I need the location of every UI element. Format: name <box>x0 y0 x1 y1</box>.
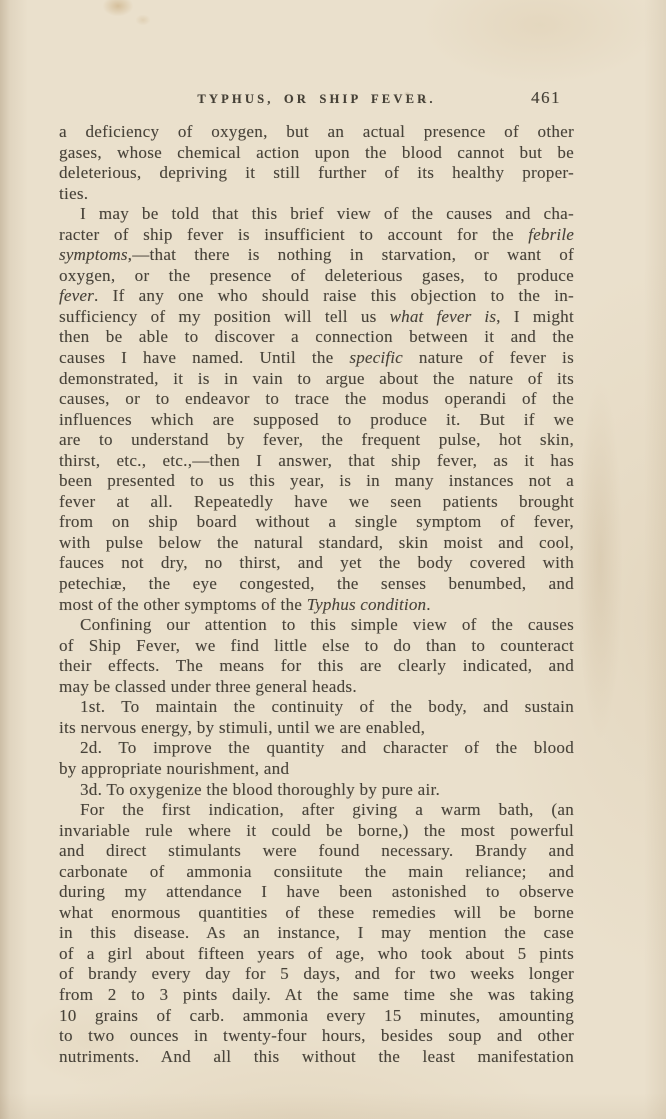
text-line: may be classed under three general heads… <box>59 677 574 698</box>
text-segment: . <box>426 595 431 614</box>
text-segment: thirst, etc., etc.,—then I answer, that … <box>59 451 574 470</box>
text-segment: may be classed under three general heads… <box>59 677 357 696</box>
text-segment: ,—that there is nothing in starvation, o… <box>128 245 574 264</box>
text-segment: from 2 to 3 pints daily. At the same tim… <box>59 985 574 1004</box>
text-line: racter of ship fever is insufficient to … <box>59 225 574 246</box>
text-segment: I may be told that this brief view of th… <box>80 204 574 223</box>
text-segment: in this disease. As an instance, I may m… <box>59 923 574 942</box>
text-line: Confining our attention to this simple v… <box>59 615 574 636</box>
text-line: carbonate of ammonia consiitute the main… <box>59 862 574 883</box>
text-segment: nutriments. And all this without the lea… <box>59 1047 574 1066</box>
running-title: TYPHUS, OR SHIP FEVER. <box>59 92 574 107</box>
text-line: most of the other symptoms of the Typhus… <box>59 595 574 616</box>
text-segment: For the first indication, after giving a… <box>80 800 574 819</box>
italic-text-segment: fever <box>59 286 94 305</box>
text-line: petechiæ, the eye congested, the senses … <box>59 574 574 595</box>
text-segment: , I might <box>496 307 574 326</box>
text-segment: causes I have named. Until the <box>59 348 349 367</box>
italic-text-segment: febrile <box>528 225 574 244</box>
text-segment: then be able to discover a connection be… <box>59 327 574 346</box>
text-line: in this disease. As an instance, I may m… <box>59 923 574 944</box>
text-line: by appropriate nourishment, and <box>59 759 574 780</box>
text-segment: what enormous quantities of these remedi… <box>59 903 574 922</box>
text-segment: ties. <box>59 184 88 203</box>
text-segment: a deficiency of oxygen, but an actual pr… <box>59 122 574 141</box>
text-line: their effects. The means for this are cl… <box>59 656 574 677</box>
page-body: a deficiency of oxygen, but an actual pr… <box>59 122 574 1067</box>
text-line: 3d. To oxygenize the blood thoroughly by… <box>59 780 574 801</box>
text-line: from 2 to 3 pints daily. At the same tim… <box>59 985 574 1006</box>
text-segment: fever at all. Repeatedly have we seen pa… <box>59 492 574 511</box>
text-line: are to understand by fever, the frequent… <box>59 430 574 451</box>
text-line: For the first indication, after giving a… <box>59 800 574 821</box>
text-segment: been presented to us this year, is in ma… <box>59 471 574 490</box>
text-line: ties. <box>59 184 574 205</box>
text-line: 2d. To improve the quantity and characte… <box>59 738 574 759</box>
page: TYPHUS, OR SHIP FEVER. 461 a deficiency … <box>0 0 666 1119</box>
text-segment: oxygen, or the presence of deleterious g… <box>59 266 574 285</box>
text-line: then be able to discover a connection be… <box>59 327 574 348</box>
text-segment: are to understand by fever, the frequent… <box>59 430 574 449</box>
text-line: invariable rule where it could be borne,… <box>59 821 574 842</box>
text-segment: its nervous energy, by stimuli, until we… <box>59 718 425 737</box>
text-segment: invariable rule where it could be borne,… <box>59 821 574 840</box>
text-segment: 1st. To maintain the continuity of the b… <box>80 697 574 716</box>
text-segment: sufficiency of my position will tell us <box>59 307 390 326</box>
text-line: 1st. To maintain the continuity of the b… <box>59 697 574 718</box>
text-segment: causes, or to endeavor to trace the modu… <box>59 389 574 408</box>
italic-text-segment: what fever is <box>390 307 497 326</box>
text-segment: with pulse below the natural standard, s… <box>59 533 574 552</box>
text-line: symptoms,—that there is nothing in starv… <box>59 245 574 266</box>
text-segment: racter of ship fever is insufficient to … <box>59 225 528 244</box>
text-line: during my attendance I have been astonis… <box>59 882 574 903</box>
text-line: from on ship board without a single symp… <box>59 512 574 533</box>
text-line: gases, whose chemical action upon the bl… <box>59 143 574 164</box>
text-line: its nervous energy, by stimuli, until we… <box>59 718 574 739</box>
page-header: TYPHUS, OR SHIP FEVER. 461 <box>59 90 574 112</box>
text-line: 10 grains of carb. ammonia every 15 minu… <box>59 1006 574 1027</box>
text-line: of Ship Fever, we find little else to do… <box>59 636 574 657</box>
text-segment: of Ship Fever, we find little else to do… <box>59 636 574 655</box>
text-line: fever. If any one who should raise this … <box>59 286 574 307</box>
text-segment: gases, whose chemical action upon the bl… <box>59 143 574 162</box>
text-segment: carbonate of ammonia consiitute the main… <box>59 862 574 881</box>
text-line: with pulse below the natural standard, s… <box>59 533 574 554</box>
text-segment: their effects. The means for this are cl… <box>59 656 574 675</box>
text-segment: 2d. To improve the quantity and characte… <box>80 738 574 757</box>
text-line: nutriments. And all this without the lea… <box>59 1047 574 1068</box>
text-line: a deficiency of oxygen, but an actual pr… <box>59 122 574 143</box>
text-line: oxygen, or the presence of deleterious g… <box>59 266 574 287</box>
text-segment: petechiæ, the eye congested, the senses … <box>59 574 574 593</box>
text-segment: nature of fever is <box>403 348 574 367</box>
text-segment: . If any one who should raise this objec… <box>94 286 574 305</box>
text-line: thirst, etc., etc.,—then I answer, that … <box>59 451 574 472</box>
text-segment: 3d. To oxygenize the blood thoroughly by… <box>80 780 440 799</box>
text-segment: most of the other symptoms of the <box>59 595 307 614</box>
text-line: sufficiency of my position will tell us … <box>59 307 574 328</box>
text-line: causes I have named. Until the specific … <box>59 348 574 369</box>
text-segment: deleterious, depriving it still further … <box>59 163 574 182</box>
text-line: fever at all. Repeatedly have we seen pa… <box>59 492 574 513</box>
text-line: causes, or to endeavor to trace the modu… <box>59 389 574 410</box>
text-segment: Confining our attention to this simple v… <box>80 615 574 634</box>
text-segment: by appropriate nourishment, and <box>59 759 289 778</box>
text-line: of brandy every day for 5 days, and for … <box>59 964 574 985</box>
text-line: demonstrated, it is in vain to argue abo… <box>59 369 574 390</box>
page-number: 461 <box>531 88 561 108</box>
italic-text-segment: symptoms <box>59 245 128 264</box>
text-segment: of brandy every day for 5 days, and for … <box>59 964 574 983</box>
text-segment: to two ounces in twenty-four hours, besi… <box>59 1026 574 1045</box>
text-line: what enormous quantities of these remedi… <box>59 903 574 924</box>
text-line: influences which are supposed to produce… <box>59 410 574 431</box>
italic-text-segment: specific <box>349 348 403 367</box>
text-line: I may be told that this brief view of th… <box>59 204 574 225</box>
text-line: been presented to us this year, is in ma… <box>59 471 574 492</box>
text-line: and direct stimulants were found necessa… <box>59 841 574 862</box>
text-segment: and direct stimulants were found necessa… <box>59 841 574 860</box>
text-segment: from on ship board without a single symp… <box>59 512 574 531</box>
text-segment: influences which are supposed to produce… <box>59 410 574 429</box>
text-line: to two ounces in twenty-four hours, besi… <box>59 1026 574 1047</box>
text-line: of a girl about fifteen years of age, wh… <box>59 944 574 965</box>
text-segment: fauces not dry, no thirst, and yet the b… <box>59 553 574 572</box>
text-segment: demonstrated, it is in vain to argue abo… <box>59 369 574 388</box>
text-line: deleterious, depriving it still further … <box>59 163 574 184</box>
italic-text-segment: Typhus condition <box>307 595 427 614</box>
text-segment: of a girl about fifteen years of age, wh… <box>59 944 574 963</box>
text-segment: 10 grains of carb. ammonia every 15 minu… <box>59 1006 574 1025</box>
text-line: fauces not dry, no thirst, and yet the b… <box>59 553 574 574</box>
text-segment: during my attendance I have been astonis… <box>59 882 574 901</box>
